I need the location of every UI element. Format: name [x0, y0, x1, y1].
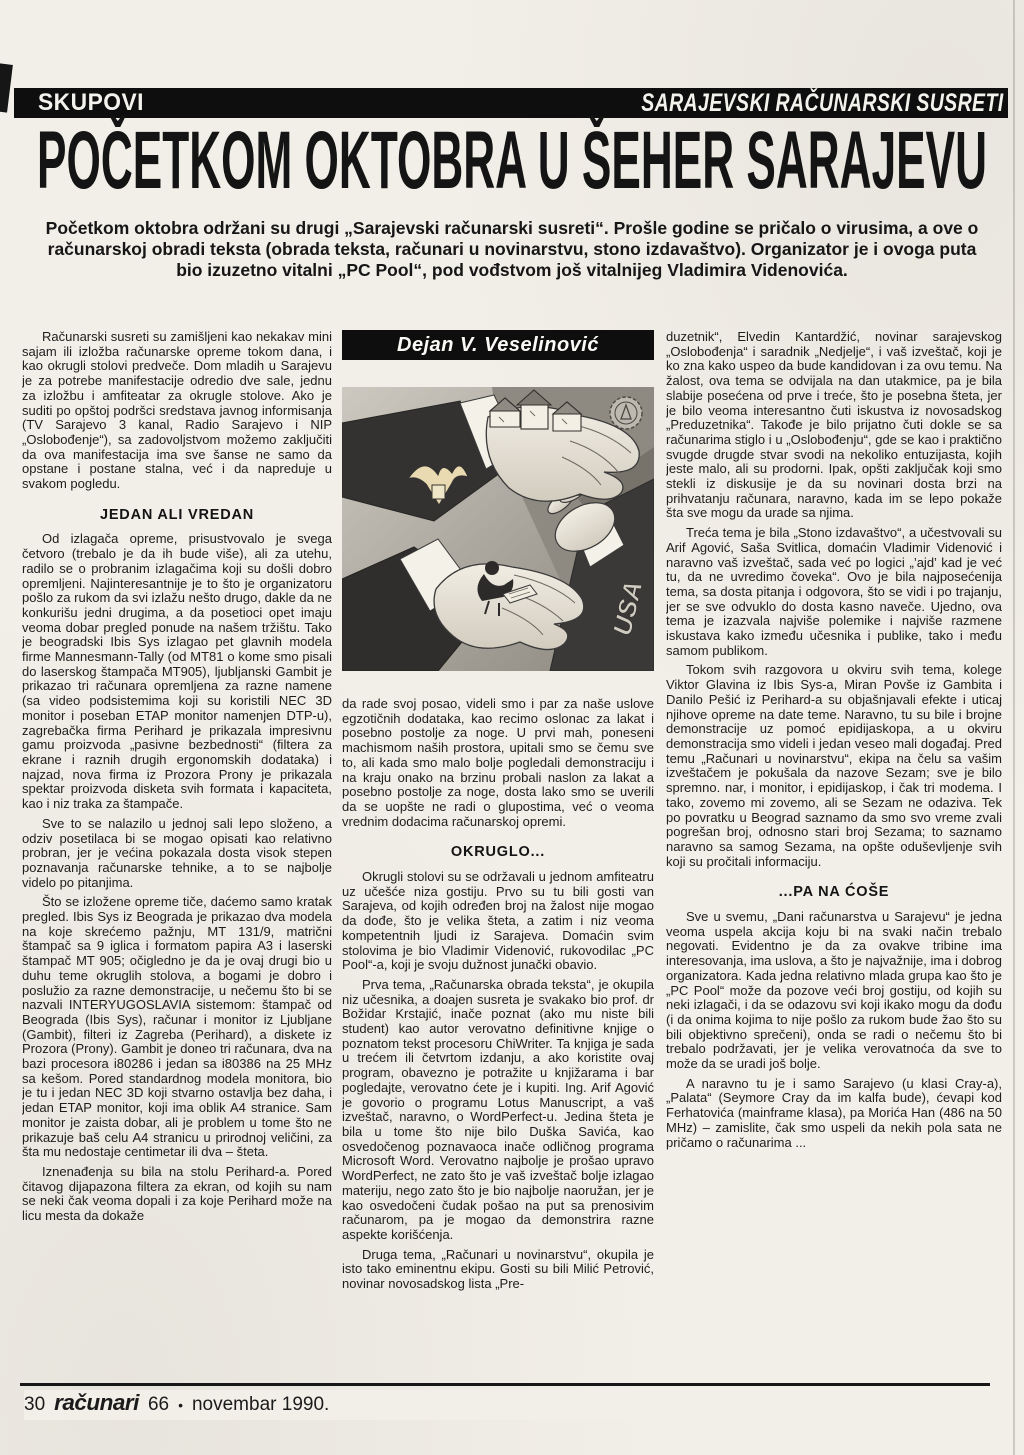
section-heading: OKRUGLO...: [342, 845, 654, 860]
byline: Dejan V. Veselinović: [397, 338, 599, 353]
paragraph: A naravno tu je i samo Sarajevo (u klasi…: [666, 1077, 1002, 1151]
hands-illustration: USA: [342, 387, 654, 671]
footer: 30 računari 66 • novembar 1990.: [24, 1390, 1004, 1420]
issue-number: 66: [148, 1394, 169, 1416]
byline-bar: Dejan V. Veselinović: [342, 330, 654, 360]
magazine-logo: računari: [54, 1390, 139, 1416]
issue-date: novembar 1990.: [192, 1394, 329, 1416]
paragraph: Što se izložene opreme tiče, daćemo samo…: [22, 895, 332, 1160]
paragraph: duzetnik“, Elvedin Kantardžić, novinar s…: [666, 330, 1002, 521]
scan-corner-artifact: [0, 63, 13, 112]
column-right: duzetnik“, Elvedin Kantardžić, novinar s…: [666, 330, 1002, 1378]
article-kicker: SARAJEVSKI RAČUNARSKI SUSRETI: [642, 89, 1004, 118]
paragraph: Sve to se nalazilo u jednoj sali lepo sl…: [22, 817, 332, 891]
section-kicker: SKUPOVI: [38, 89, 144, 117]
paragraph: Računarski susreti su zamišljeni kao nek…: [22, 330, 332, 492]
paragraph: Iznenađenja su bila na stolu Perihard-a.…: [22, 1165, 332, 1224]
lead-paragraph: Početkom oktobra održani su drugi „Saraj…: [38, 218, 986, 280]
headline-svg: POČETKOM OKTOBRA U ŠEHER SARAJEVU: [32, 116, 992, 206]
page-number: 30: [24, 1394, 45, 1416]
page-edge-line: [1013, 0, 1015, 1455]
paragraph: Tokom svih razgovora u okviru svih tema,…: [666, 663, 1002, 869]
kicker-bar: SKUPOVI SARAJEVSKI RAČUNARSKI SUSRETI: [14, 88, 1008, 118]
paragraph: Treća tema je bila „Stono izdavaštvo“, a…: [666, 526, 1002, 658]
magazine-page: SKUPOVI SARAJEVSKI RAČUNARSKI SUSRETI PO…: [0, 0, 1024, 1455]
badge-icon: [610, 397, 642, 429]
paragraph: Okrugli stolovi su se održavali u jednom…: [342, 870, 654, 973]
paragraph: Sve u svemu, „Dani računarstva u Sarajev…: [666, 910, 1002, 1072]
headline: POČETKOM OKTOBRA U ŠEHER SARAJEVU: [32, 116, 992, 206]
column-left: Računarski susreti su zamišljeni kao nek…: [22, 330, 332, 1378]
headline-text: POČETKOM OKTOBRA U ŠEHER SARAJEVU: [37, 116, 987, 206]
section-heading: JEDAN ALI VREDAN: [22, 508, 332, 523]
paragraph: Od izlagača opreme, prisustvovalo je sve…: [22, 532, 332, 811]
section-heading: ...PA NA ĆOŠE: [666, 885, 1002, 900]
paragraph: Prva tema, „Računarska obrada teksta“, j…: [342, 978, 654, 1243]
footer-rule: [20, 1383, 990, 1386]
column-middle: Dejan V. Veselinović: [342, 330, 654, 1378]
bullet-separator: •: [178, 1397, 183, 1413]
paragraph: da rade svoj posao, videli smo i par za …: [342, 697, 654, 829]
paragraph: Druga tema, „Računari u novinarstvu“, ok…: [342, 1248, 654, 1292]
